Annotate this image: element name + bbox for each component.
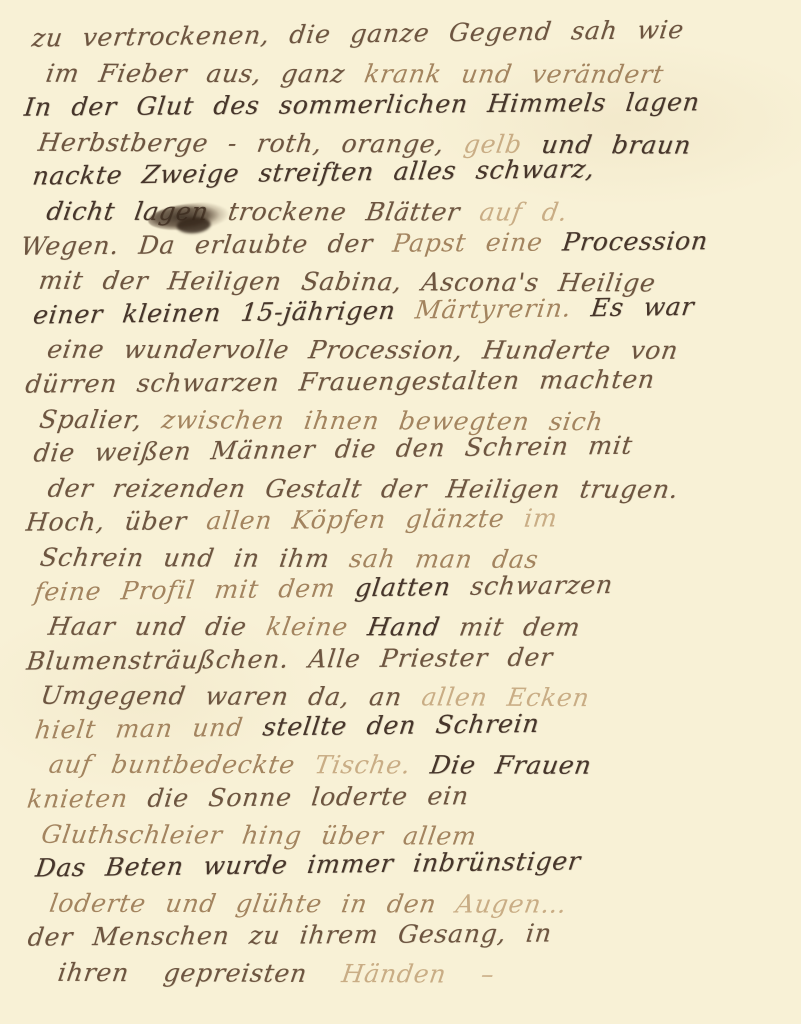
handwritten-text-segment: Hand <box>366 612 462 641</box>
handwritten-text-segment: auf buntbedeckte <box>47 750 317 779</box>
handwritten-text-segment: Blumensträußchen. Alle Priester der <box>25 642 554 675</box>
handwritten-text-segment: Spalier, <box>38 404 164 434</box>
handwritten-text-segment: glatten <box>353 571 472 602</box>
handwritten-text-segment: auf d. <box>477 197 570 226</box>
letter-text-block: zu vertrockenen, die ganze Gegend sah wi… <box>20 18 799 990</box>
letter-page: zu vertrockenen, die ganze Gegend sah wi… <box>0 0 801 1024</box>
handwritten-text-segment: die Sonne loderte ein <box>146 781 470 813</box>
handwritten-text-segment: dürren schwarzen Frauengestalten machten <box>24 365 657 399</box>
handwritten-text-segment: allen Köpfen glänzte <box>205 504 526 536</box>
handwritten-line: dürren schwarzen Frauengestalten machten <box>19 362 798 403</box>
handwritten-text-segment: eine wundervolle Procession, Hunderte vo… <box>45 335 680 365</box>
handwritten-text-segment: nackte Zweige streiften alles schwarz, <box>31 155 597 191</box>
handwritten-text-segment: im <box>523 504 560 533</box>
handwritten-text-segment: feine Profil mit dem <box>33 573 358 606</box>
handwritten-text-segment: Händen – <box>340 959 497 989</box>
handwritten-text-segment: Procession <box>561 226 710 256</box>
handwritten-text-segment: hielt man und <box>33 712 265 744</box>
handwritten-line: knieten die Sonne loderte ein <box>21 777 800 818</box>
handwritten-text-segment: Es war <box>589 292 696 322</box>
handwritten-text-segment: In der Glut des sommerlichen Himmels lag… <box>23 88 702 122</box>
handwritten-text-segment: trockene Blätter <box>226 197 482 226</box>
handwritten-text-segment: knieten <box>26 784 150 814</box>
handwritten-text-segment: krank und verändert <box>362 59 666 89</box>
handwritten-text-segment: stellte den Schrein <box>261 709 541 742</box>
handwritten-text-segment: Schrein und in ihm <box>38 543 351 573</box>
handwritten-text-segment: Die Frauen <box>428 751 594 780</box>
handwritten-text-segment: schwarzen <box>469 569 615 600</box>
handwritten-text-segment: mit dem <box>457 613 582 642</box>
handwritten-text-segment: Das Beten wurde immer inbrünstiger <box>34 847 583 883</box>
handwritten-text-segment: Hoch, über <box>25 507 209 537</box>
handwritten-text-segment: Haar und die <box>46 612 268 641</box>
handwritten-text-segment: loderte und glühte in den <box>48 889 459 919</box>
handwritten-text-segment: kleine <box>264 612 370 641</box>
handwritten-text-segment: der Menschen zu ihrem Gesang, in <box>26 919 553 952</box>
handwritten-line: Wegen. Da erlaubte der Papst eine Proces… <box>19 223 798 264</box>
handwritten-text-segment: Umgegend waren da, an <box>39 681 424 712</box>
handwritten-text-segment: Wegen. Da erlaubte der <box>19 228 394 260</box>
handwritten-line: Blumensträußchen. Alle Priester der <box>21 638 800 679</box>
handwritten-line: zu vertrockenen, die ganze Gegend sah wi… <box>18 12 797 57</box>
handwritten-text-segment: die weißen Männer die den Schrein mit <box>32 431 634 468</box>
handwritten-line: In der Glut des sommerlichen Himmels lag… <box>18 85 797 126</box>
handwritten-text-segment: dicht <box>45 197 138 226</box>
handwritten-line: der Menschen zu ihrem Gesang, in <box>22 915 801 956</box>
handwritten-text-segment: einer kleinen 15-jährigen <box>31 295 417 329</box>
handwritten-text-segment: Papst eine <box>391 227 564 257</box>
handwritten-text-segment: zu vertrockenen, die ganze Gegend sah wi… <box>30 15 686 53</box>
handwritten-text-segment: im Fieber aus, ganz <box>44 58 367 88</box>
handwritten-text-segment: ihren gepreisten <box>56 958 344 988</box>
handwritten-text-segment: Märtyrerin. <box>413 293 593 324</box>
handwritten-line: ihren gepreisten Händen – <box>22 956 801 994</box>
handwritten-line: Hoch, über allen Köpfen glänzte im <box>20 500 799 541</box>
handwritten-text-segment: der reizenden Gestalt der Heiligen truge… <box>46 473 681 503</box>
handwritten-text-segment: Tische. <box>313 751 433 780</box>
handwritten-text-segment: Augen… <box>454 889 570 918</box>
